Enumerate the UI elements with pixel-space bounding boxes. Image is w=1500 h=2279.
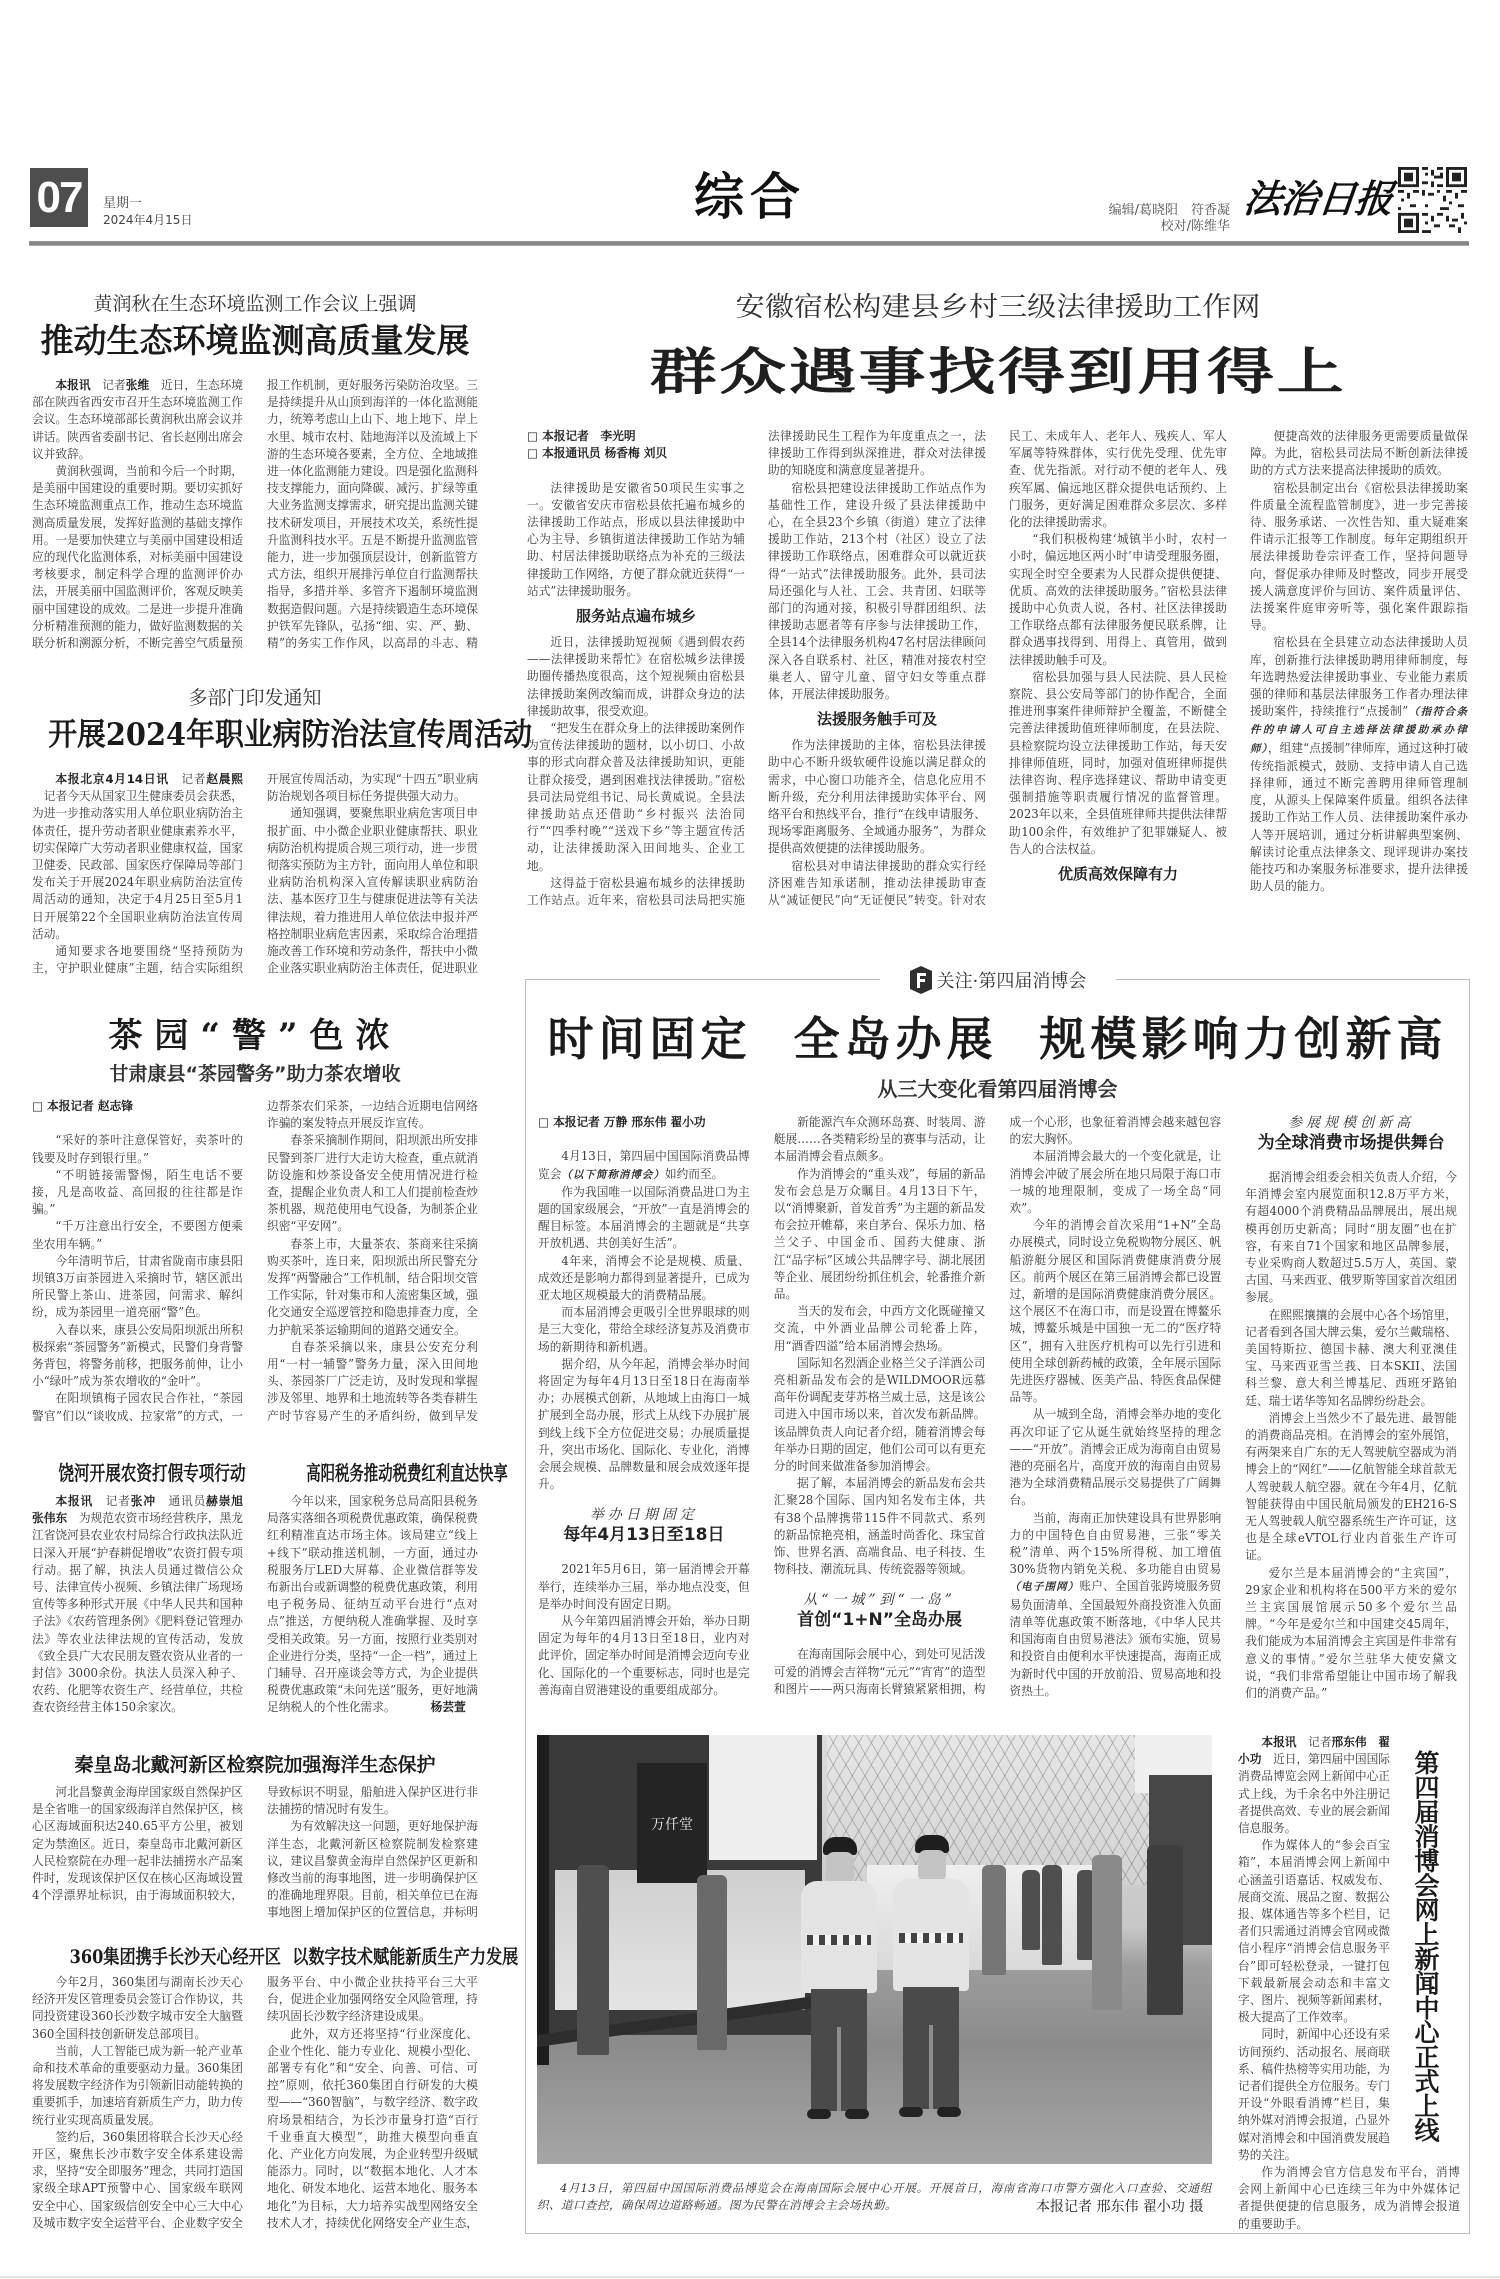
paragraph: 作为我国唯一以国际消费品进口为主题的国家级展会，“开放”一直是消博会的醒目标签。… — [538, 1184, 750, 1253]
dateline: 本报讯 — [55, 1494, 93, 1508]
issue-weekday: 星期一 — [103, 192, 142, 211]
paragraph: 宿松县把建设法律援助工作站点作为基础性工作，建设升级了县法律援助中心，在全县23… — [768, 480, 986, 704]
article-headline: 推动生态环境监测高质量发展 — [30, 322, 480, 360]
face — [826, 1852, 854, 1884]
paragraph: 作为法律援助的主体，宿松县法律援助中心不断升级软硬件设施以满足群众的需求，中心窗… — [768, 737, 986, 857]
headline-text: 饶河开展农资打假专项行动 — [58, 1461, 245, 1485]
paragraph: 春茶上市，大量茶农、茶商来往采摘购买茶叶，连日来，阳坝派出所民警充分发挥“两警融… — [267, 1236, 478, 1339]
paragraph: 本报北京4月14日讯记者赵晨熙记者今天从国家卫生健康委员会获悉，为进一步推动落实… — [32, 771, 243, 943]
correspondent-label: 通讯员 — [168, 1494, 207, 1508]
feature-body: □ 本报记者 万静 邢东伟 翟小功 4月13日，第四届中国国际消费品博览会（以下… — [538, 1114, 1457, 1717]
paragraph: 而本届消博会更吸引全世界眼球的则是三大变化，带给全球经济复苏及消费市场的新期待和… — [538, 1304, 750, 1356]
paragraph: 本报讯记者张冲通讯员赫崇旭 张伟东为规范农资市场经营秩序，黑龙江省饶河县农业农村… — [32, 1493, 243, 1717]
photo-shop-sign: 万仟堂 — [637, 1763, 707, 1883]
vertical-headline: 第四届消博会网上新闻中心正式上线 — [1410, 1734, 1440, 2154]
reporter-label: 记者 — [181, 772, 207, 786]
spacer — [538, 1131, 750, 1148]
qr-code-icon — [1398, 167, 1467, 233]
expo-police-photo: 万仟堂 — [537, 1735, 1212, 2164]
headline-text: 开展2024年职业病防治法宣传周活动 — [48, 716, 532, 754]
paragraph: 近日，法律援助短视频《遇到假农药——法律援助来帮忙》在宿松城乡法律援助圈传播热度… — [527, 634, 745, 720]
byline-text: □ 本报记者 赵志锋 — [32, 1099, 133, 1113]
shoe — [807, 2109, 831, 2119]
dateline: 本报北京4月14日讯 — [55, 772, 168, 786]
issue-date: 2024年4月15日 — [103, 211, 192, 228]
newspaper-masthead-logo: 法治日报 — [1241, 168, 1398, 230]
author: 杨芸萱 — [431, 1700, 466, 1714]
spacer — [527, 462, 745, 479]
page-bottom-rule — [0, 2276, 1500, 2278]
header-rule — [29, 241, 1469, 246]
section-heading: 参展规模创新高 为全球消费市场提供舞台 — [1245, 1114, 1457, 1154]
leg-gap — [837, 2027, 841, 2111]
paragraph: 2021年5月6日，第一届消博会开幕举行，连续举办三届，举办地点没变，但是举办时… — [538, 1561, 750, 1613]
article-body: 河北昌黎黄金海岸国家级自然保护区是全省唯一的国家级海洋自然保护区，核心区海域面积… — [32, 1784, 478, 1923]
section-heading: 服务站点遍布城乡 — [527, 608, 745, 625]
article-body: 本报讯记者张冲通讯员赫崇旭 张伟东为规范农资市场经营秩序，黑龙江省饶河县农业农村… — [32, 1493, 243, 1718]
reporter-label: 记者 — [102, 378, 126, 392]
paragraph: 今年清明节后，甘肃省陇南市康县阳坝镇3万亩茶园进入采摘时节，辖区派出所民警上茶山… — [32, 1253, 243, 1322]
photo-visitor — [1022, 1870, 1040, 1950]
headline-text: 高阳税务推动税费红利直达快享 — [306, 1461, 508, 1485]
hexagon-f-logo-icon — [910, 966, 932, 994]
column-label: 关注·第四届消博会 — [880, 966, 1116, 994]
headline-text: 群众遇事找得到用得上 — [649, 344, 1346, 400]
vest-band — [899, 1933, 963, 1943]
kicker-text: 安徽宿松构建县乡村三级法律援助工作网 — [735, 294, 1260, 322]
paragraph: 本届消博会最大的一个变化就是，让消博会冲破了展会所在地只局限于海口市一城的地理限… — [1010, 1148, 1222, 1217]
section-heading-kicker: 参展规模创新高 — [1245, 1114, 1457, 1133]
paragraph: 今年以来，国家税务总局高阳县税务局落实落细各项税费优惠政策，确保税费红利精准直达… — [267, 1493, 478, 1717]
paragraph: 国际知名烈酒企业格兰父子洋酒公司亮相新品发布会的是WILDMOOR远慕高年份调配… — [774, 1355, 986, 1475]
byline-reporter: □ 本报记者 李光明 — [527, 429, 636, 443]
paragraph: 据了解，本届消博会的新品发布会共汇聚28个国际、国内知名发布主体，共有38个品牌… — [774, 1475, 986, 1578]
shoe — [845, 2109, 869, 2119]
section-heading: 从“一城”到“一岛” 首创“1+N”全岛办展 — [774, 1591, 986, 1631]
inline-note: （以下简称消博会） — [561, 1169, 665, 1181]
paragraph: 消博会上当然少不了最先进、最智能的消费商品亮相。在消博会的室外展馆，有两架来自广… — [1245, 1410, 1457, 1565]
section-heading-title: 每年4月13日至18日 — [538, 1525, 750, 1546]
paragraph-text: 账户、全国首张跨境服务贸易负面清单、全国最短外商投资准入负面清单等优惠政策不断落… — [1010, 1579, 1222, 1697]
paragraph: 法律援助是安徽省50项民生实事之一。安徽省安庆市宿松县依托遍布城乡的法律援助工作… — [527, 480, 745, 600]
photo-visitor — [1042, 1865, 1062, 1965]
paragraph: 据消博会组委会相关负责人介绍，今年消博会室内展览面积12.8万平方米，有超400… — [1245, 1169, 1457, 1307]
reporter-label: 记者 — [1308, 1735, 1331, 1749]
paragraph: “把发生在群众身上的法律援助案例作为宣传法律援助的题材，以小切口、小故事的形式向… — [527, 720, 745, 875]
article-body: □ 本报记者 李光明 □ 本报通讯员 杨香梅 刘贝 法律援助是安徽省50项民生实… — [527, 428, 1468, 912]
dateline: 本报讯 — [1261, 1735, 1296, 1749]
paragraph-text: 今年以来，国家税务总局高阳县税务局落实落细各项税费优惠政策，确保税费红利精准直达… — [267, 1494, 478, 1714]
paragraph: 今年2月，360集团与湖南长沙天心经济开发区管理委员会签订合作协议，共同投资建设… — [32, 1974, 243, 2043]
feature-subhead: 从三大变化看第四届消博会 — [527, 1077, 1468, 1101]
headline-text: 360集团携手长沙天心经开区 以数字技术赋能新质生产力发展 — [70, 1946, 519, 1968]
paragraph: “千万注意出行安全，不要图方便乘坐农用车辆。” — [32, 1218, 243, 1252]
paragraph: “采好的茶叶注意保管好，卖茶叶的钱要及时存到银行里。” — [32, 1132, 243, 1166]
shoe — [937, 2107, 961, 2117]
paragraph: 4月13日，第四届中国国际消费品博览会（以下简称消博会）如约而至。 — [538, 1148, 750, 1183]
photo-credit: 本报记者 邢东伟 翟小功 摄 — [1036, 2196, 1203, 2216]
photo-visitor — [577, 1865, 609, 2055]
byline-text: □ 本报记者 万静 邢东伟 翟小功 — [538, 1115, 706, 1129]
proofreader-credit: 校对/陈维华 — [1020, 215, 1230, 234]
section-heading-kicker: 举办日期固定 — [538, 1506, 750, 1525]
byline: □ 本报记者 赵志锋 — [32, 1098, 243, 1115]
section-heading-kicker: 从“一城”到“一岛” — [774, 1591, 986, 1610]
article-kicker: 多部门印发通知 — [30, 688, 480, 708]
paragraph: “不明链接需警惕，陌生电话不要接，凡是高收益、高回报的往往都是诈骗。” — [32, 1167, 243, 1219]
article-headline: 群众遇事找得到用得上 — [527, 344, 1468, 400]
section-title: 综合 — [680, 168, 820, 226]
article-headline: 秦皇岛北戴河新区检察院加强海洋生态保护 — [30, 1754, 480, 1776]
section-heading: 举办日期固定 每年4月13日至18日 — [538, 1506, 750, 1546]
paragraph-text: 记者今天从国家卫生健康委员会获悉，为进一步推动落实用人单位职业病防治主体责任，提… — [32, 789, 243, 941]
reporter-label: 记者 — [105, 1494, 131, 1508]
photo-pillar — [537, 1735, 549, 2065]
article-body: 本报讯记者张维近日，生态环境部在陕西省西安市召开生态环境监测工作会议。生态环境部… — [32, 377, 478, 653]
column-label-text: 关注·第四届消博会 — [937, 967, 1087, 993]
paragraph: 今年的消博会首次采用“1+N”全岛办展模式，同时设立免税购物分展区、帆船游艇分展… — [1010, 1217, 1222, 1406]
paragraph: 本报讯记者张维近日，生态环境部在陕西省西安市召开生态环境监测工作会议。生态环境部… — [32, 377, 243, 463]
reporter-name: 张维 — [126, 378, 149, 392]
article-news-center-online: 第四届消博会网上新闻中心正式上线 本报讯记者邢东伟 翟小功近日，第四届中国国际消… — [1238, 1734, 1460, 2219]
section-heading: 法援服务触手可及 — [768, 711, 986, 728]
paragraph: 便捷高效的法律服务更需要质量做保障。为此，宿松县司法局不断创新法律援助的方式方法… — [1250, 428, 1468, 480]
article-headline: 高阳税务推动税费红利直达快享 — [267, 1461, 478, 1485]
article-kicker: 安徽宿松构建县乡村三级法律援助工作网 — [527, 294, 1468, 322]
paragraph: 当天的发布会，中西方文化既碰撞又交流，中外酒业品牌公司轮番上阵，用“酒香四溢”给… — [774, 1303, 986, 1355]
paragraph: 从一城到全岛，消博会举办地的变化再次印证了它从诞生就始终坚持的理念——“开放”。… — [1010, 1406, 1222, 1509]
photo-visitor — [1092, 1855, 1122, 2010]
article-subhead: 甘肃康县“茶园警务”助力茶农增收 — [30, 1063, 480, 1085]
inline-note: （电子围网） — [1010, 1581, 1080, 1593]
paragraph: 爱尔兰是本届消博会的“主宾国”，29家企业和机构将在500平方米的爱尔兰主宾国展… — [1245, 1565, 1457, 1703]
paragraph: 宿松县制定出台《宿松县法律援助案件质量全流程监管制度》，进一步完善接待、服务承诺… — [1250, 480, 1468, 635]
paragraph: 宿松县加强与县人民法院、县人民检察院、县公安局等部门的协作配合，全面推进刑事案件… — [1009, 669, 1227, 858]
article-body: 本报北京4月14日讯记者赵晨熙记者今天从国家卫生健康委员会获悉，为进一步推动落实… — [32, 771, 478, 978]
paragraph: 从今年第四届消博会开始，举办日期固定为每年的4月13日至18日，业内对此评价，固… — [538, 1613, 750, 1699]
paragraph-text: 当前，海南正加快建设具有世界影响力的中国特色自由贸易港，三张“零关税”清单、两个… — [1010, 1511, 1222, 1577]
paragraph: 当前，人工智能已成为新一轮产业革命和技术革命的重要驱动力量。360集团将发展数字… — [32, 2043, 243, 2129]
shoe — [899, 2107, 923, 2117]
article-headline: 饶河开展农资打假专项行动 — [32, 1461, 243, 1485]
paragraph-text: ，组建“点援制”律师库，通过这种打破传统指派模式，鼓励、支持申请人自己选择律师，… — [1250, 741, 1468, 894]
photo-visitor-photographer — [1147, 1845, 1183, 2015]
vest-band — [807, 1935, 871, 1945]
article-kicker: 黄润秋在生态环境监测工作会议上强调 — [30, 293, 480, 315]
paragraph: 春茶采摘制作期间，阳坝派出所安排民警到茶厂进行大走访大检查，重点就消防设施和炒茶… — [267, 1132, 478, 1235]
paragraph: 4年来，消博会不论是规模、质量、成效还是影响力都得到显著提升，已成为亚太地区规模… — [538, 1253, 750, 1305]
paragraph: 据介绍，从今年起，消博会举办时间将固定为每年4月13日至18日在海南举办；办展模… — [538, 1356, 750, 1494]
article-body: □ 本报记者 赵志锋 “采好的茶叶注意保管好，卖茶叶的钱要及时存到银行里。” “… — [32, 1098, 478, 1426]
paragraph: 作为消博会的“重头戏”，每届的新品发布会总是万众瞩目。4月13日下午，以“消博聚… — [774, 1166, 986, 1304]
reporter-name: 赵晨熙 — [206, 772, 243, 786]
paragraph: 入春以来，康县公安局阳坝派出所积极探索“茶园警务”新模式，民警们身背警务背包，将… — [32, 1322, 243, 1391]
face — [918, 1850, 946, 1882]
byline: □ 本报通讯员 杨香梅 刘贝 — [527, 445, 745, 462]
paragraph: “我们积极构建‘城镇半小时，农村一小时，偏远地区两小时’申请受理服务圈，实现全时… — [1009, 531, 1227, 669]
paragraph: 在熙熙攘攘的会展中心各个场馆里，记者看到各国大牌云集，爱尔兰戴瑞格、美国特斯拉、… — [1245, 1307, 1457, 1410]
article-body: 今年以来，国家税务总局高阳县税务局落实落细各项税费优惠政策，确保税费红利精准直达… — [267, 1493, 478, 1718]
page-number: 07 — [30, 168, 88, 227]
article-body: 今年2月，360集团与湖南长沙天心经济开发区管理委员会签订合作协议，共同投资建设… — [32, 1974, 478, 2233]
leg-gap — [929, 2025, 933, 2109]
byline-correspondents: □ 本报通讯员 杨香梅 刘贝 — [527, 446, 667, 460]
article-headline: 茶园“警”色浓 — [30, 1015, 480, 1057]
article-headline: 360集团携手长沙天心经开区 以数字技术赋能新质生产力发展 — [30, 1946, 480, 1968]
paragraph: 新能源汽车众测环岛赛、时装周、游艇展……各类精彩纷呈的赛事与活动，让本届消博会看… — [774, 1114, 986, 1166]
byline: □ 本报记者 李光明 — [527, 428, 745, 445]
feature-headline: 时间固定 全岛办展 规模影响力创新高 — [527, 1012, 1468, 1066]
police-officer — [793, 1837, 883, 2127]
paragraph: 当前，海南正加快建设具有世界影响力的中国特色自由贸易港，三张“零关税”清单、两个… — [1010, 1510, 1222, 1700]
photo-visitor — [697, 1875, 727, 2050]
paragraph-text: 如约而至。 — [665, 1167, 723, 1181]
dateline: 本报讯 — [55, 378, 90, 392]
section-heading-title: 首创“1+N”全岛办展 — [774, 1610, 986, 1631]
paragraph-text: 为规范农资市场经营秩序，黑龙江省饶河县农业农村局综合行政执法队近日深入开展“护春… — [32, 1511, 243, 1714]
section-heading-title: 为全球消费市场提供舞台 — [1245, 1133, 1457, 1154]
section-heading: 优质高效保障有力 — [1009, 866, 1227, 883]
reporter-name: 张冲 — [131, 1494, 156, 1508]
police-officer — [885, 1835, 975, 2125]
spacer — [32, 1115, 243, 1132]
paragraph: 作为消博会官方信息发布平台，消博会网上新闻中心已连续三年为中外媒体记者提供便捷的… — [1238, 2164, 1460, 2233]
article-headline: 开展2024年职业病防治法宣传周活动 — [30, 716, 480, 754]
byline: □ 本报记者 万静 邢东伟 翟小功 — [538, 1114, 750, 1131]
photo-visitor — [982, 1865, 1006, 1975]
paragraph: 宿松县在全县建立动态法律援助人员库，创新推行法律援助聘用律师制度，每年选聘热爱法… — [1250, 634, 1468, 895]
